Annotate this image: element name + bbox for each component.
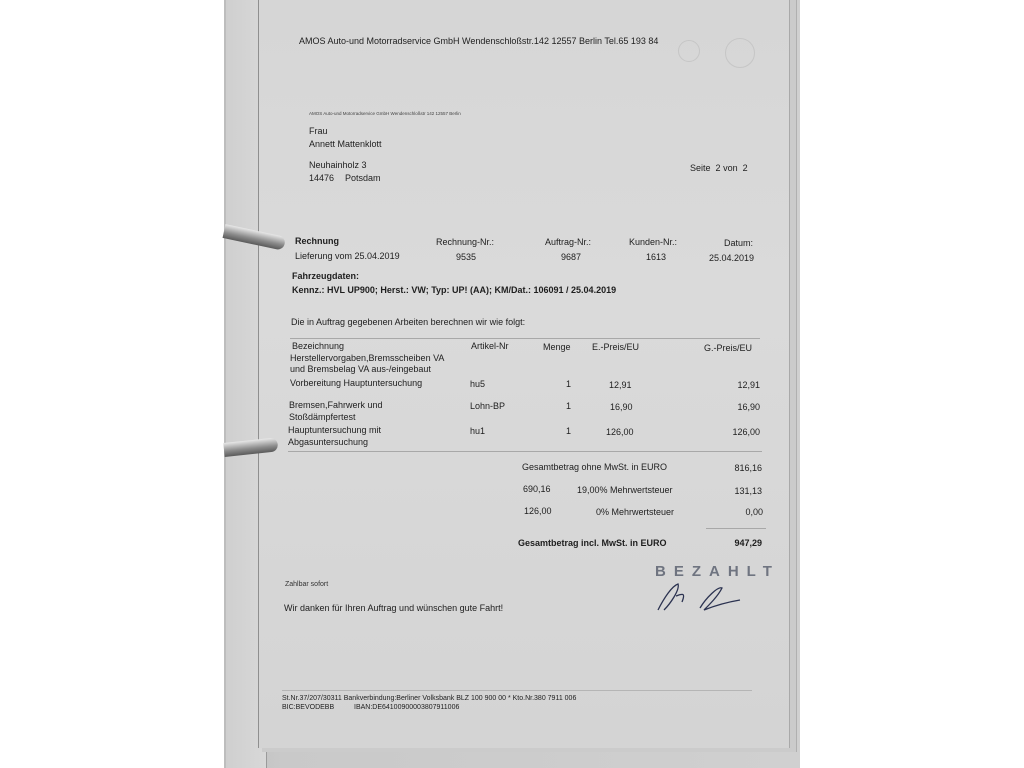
- table-row-article: Lohn-BP: [470, 401, 505, 411]
- delivery-date: Lieferung vom 25.04.2019: [295, 251, 400, 261]
- vat-19-value: 131,13: [700, 486, 762, 496]
- letterhead-company: AMOS Auto-und Motorradservice GmbH Wende…: [299, 36, 658, 46]
- col-header-description: Bezeichnung: [292, 341, 344, 351]
- vehicle-details: Kennz.: HVL UP900; Herst.: VW; Typ: UP! …: [292, 285, 616, 295]
- table-row-unit-price: 12,91: [609, 380, 632, 390]
- totals-divider: [706, 528, 766, 529]
- table-row-unit-price: 126,00: [606, 427, 634, 437]
- date-label: Datum:: [724, 238, 753, 248]
- table-row-unit-price: 16,90: [610, 402, 633, 412]
- page-current: 2: [716, 163, 721, 173]
- table-row-desc: Herstellervorgaben,Bremsscheiben VA: [290, 353, 444, 363]
- footer-bank-line: St.Nr.37/207/30311 Bankverbindung:Berlin…: [282, 695, 576, 702]
- table-row-total-price: 12,91: [700, 380, 760, 390]
- brand-logo-icon: [678, 40, 700, 62]
- table-row-desc: Bremsen,Fahrwerk und: [289, 400, 383, 410]
- table-row-total-price: 126,00: [700, 427, 760, 437]
- table-row-desc: Abgasuntersuchung: [288, 437, 368, 447]
- net-total-value: 816,16: [700, 463, 762, 473]
- vat-19-label: 19,00% Mehrwertsteuer: [577, 485, 673, 495]
- page-of-label: von: [723, 163, 738, 173]
- gross-total-value: 947,29: [700, 538, 762, 548]
- closing-text: Wir danken für Ihren Auftrag und wünsche…: [284, 603, 503, 613]
- footer-iban: IBAN:DE64100900003807911006: [354, 704, 459, 711]
- col-header-unit-price: E.-Preis/EU: [592, 342, 639, 352]
- vat-0-value: 0,00: [700, 507, 763, 517]
- date-value: 25.04.2019: [709, 253, 754, 263]
- page-total: 2: [743, 163, 748, 173]
- vw-logo-icon: [725, 38, 755, 68]
- page-label: Seite: [690, 163, 711, 173]
- invoice-title: Rechnung: [295, 236, 339, 246]
- table-row-desc: Vorbereitung Hauptuntersuchung: [290, 378, 422, 388]
- table-row-desc: Hauptuntersuchung mit: [288, 425, 381, 435]
- customer-number-value: 1613: [646, 252, 666, 262]
- payment-terms: Zahlbar sofort: [285, 581, 328, 588]
- col-header-article: Artikel-Nr: [471, 341, 509, 351]
- table-row-quantity: 1: [566, 426, 571, 436]
- paid-stamp: BEZAHLT: [655, 563, 780, 580]
- sender-line: AMOS Auto-und Motorradservice GmbH Wende…: [309, 111, 461, 116]
- table-row-quantity: 1: [566, 401, 571, 411]
- table-row-desc: und Bremsbelag VA aus-/eingebaut: [290, 364, 431, 374]
- vat-19-base: 690,16: [523, 484, 551, 494]
- net-total-label: Gesamtbetrag ohne MwSt. in EURO: [522, 462, 667, 472]
- intro-text: Die in Auftrag gegebenen Arbeiten berech…: [291, 317, 525, 327]
- footer-line: [282, 690, 752, 691]
- recipient-street: Neuhainholz 3: [309, 160, 367, 170]
- order-number-label: Auftrag-Nr.:: [545, 237, 591, 247]
- recipient-name: Annett Mattenklott: [309, 139, 382, 149]
- vehicle-heading: Fahrzeugdaten:: [292, 271, 359, 281]
- vat-0-label: 0% Mehrwertsteuer: [596, 507, 674, 517]
- order-number-value: 9687: [561, 252, 581, 262]
- recipient-salutation: Frau: [309, 126, 328, 136]
- signature-icon: [652, 580, 762, 615]
- table-header-line: [290, 338, 760, 339]
- recipient-city: Potsdam: [345, 173, 381, 183]
- vat-0-base: 126,00: [524, 506, 552, 516]
- table-row-article: hu1: [470, 426, 485, 436]
- table-row-quantity: 1: [566, 379, 571, 389]
- table-row-total-price: 16,90: [700, 402, 760, 412]
- customer-number-label: Kunden-Nr.:: [629, 237, 677, 247]
- recipient-zip: 14476: [309, 173, 334, 183]
- col-header-quantity: Menge: [543, 342, 571, 352]
- col-header-total-price: G.-Preis/EU: [704, 343, 752, 353]
- footer-bic: BIC:BEVODEBB: [282, 704, 334, 711]
- table-bottom-line: [288, 451, 762, 452]
- gross-total-label: Gesamtbetrag incl. MwSt. in EURO: [518, 538, 667, 548]
- page-indicator: Seite 2 von 2: [690, 163, 748, 173]
- table-row-article: hu5: [470, 379, 485, 389]
- invoice-number-label: Rechnung-Nr.:: [436, 237, 494, 247]
- invoice-number-value: 9535: [456, 252, 476, 262]
- table-row-desc: Stoßdämpfertest: [289, 412, 356, 422]
